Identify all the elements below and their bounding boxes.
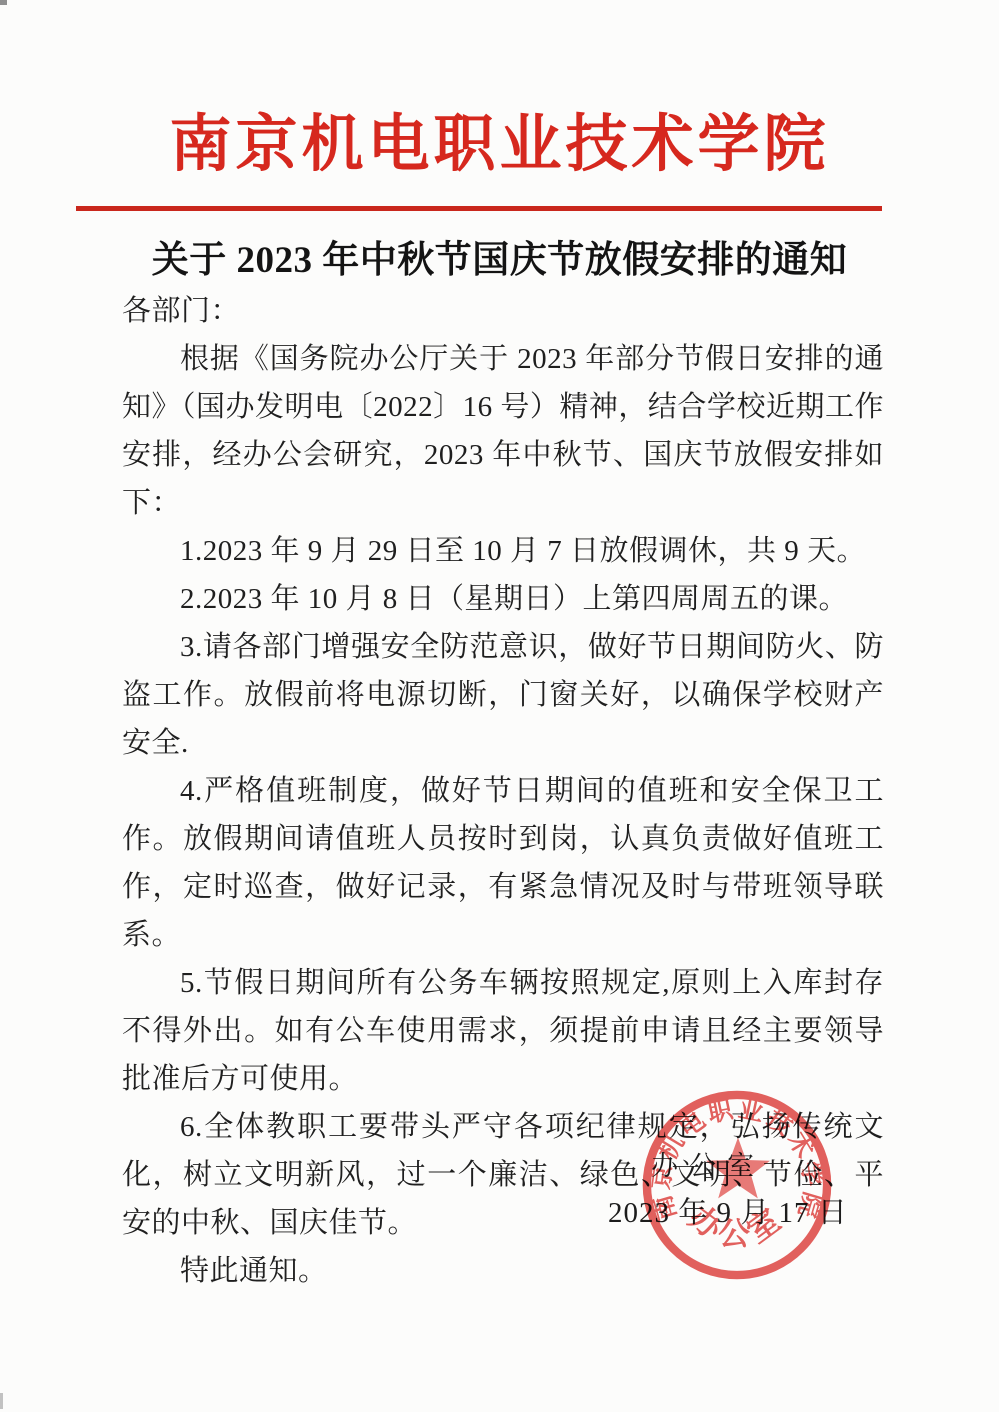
paragraph: 4.严格值班制度，做好节日期间的值班和安全保卫工作。放假期间请值班人员按时到岗，… — [122, 767, 884, 959]
official-seal: 南京机电职业技术学院 办公室 — [638, 1086, 836, 1284]
seal-star-icon — [706, 1137, 770, 1198]
paragraph: 根据《国务院办公厅关于 2023 年部分节假日安排的通知》（国办发明电〔2022… — [122, 335, 884, 527]
paragraph: 1.2023 年 9 月 29 日至 10 月 7 日放假调休，共 9 天。 — [122, 527, 884, 575]
paragraph: 3.请各部门增强安全防范意识，做好节日期间防火、防盗工作。放假前将电源切断，门窗… — [122, 623, 884, 767]
paragraph: 2.2023 年 10 月 8 日（星期日）上第四周周五的课。 — [122, 575, 884, 623]
letterhead-divider — [76, 206, 882, 211]
scan-artifact — [0, 1393, 3, 1409]
paragraph: 5.节假日期间所有公务车辆按照规定,原则上入库封存不得外出。如有公车使用需求，须… — [122, 959, 884, 1103]
salutation: 各部门： — [122, 287, 884, 335]
seal-dept-text: 办公室 — [682, 1199, 791, 1251]
document-title: 关于 2023 年中秋节国庆节放假安排的通知 — [0, 229, 999, 283]
letterhead-title: 南京机电职业技术学院 — [0, 94, 999, 183]
scan-artifact — [0, 0, 7, 5]
